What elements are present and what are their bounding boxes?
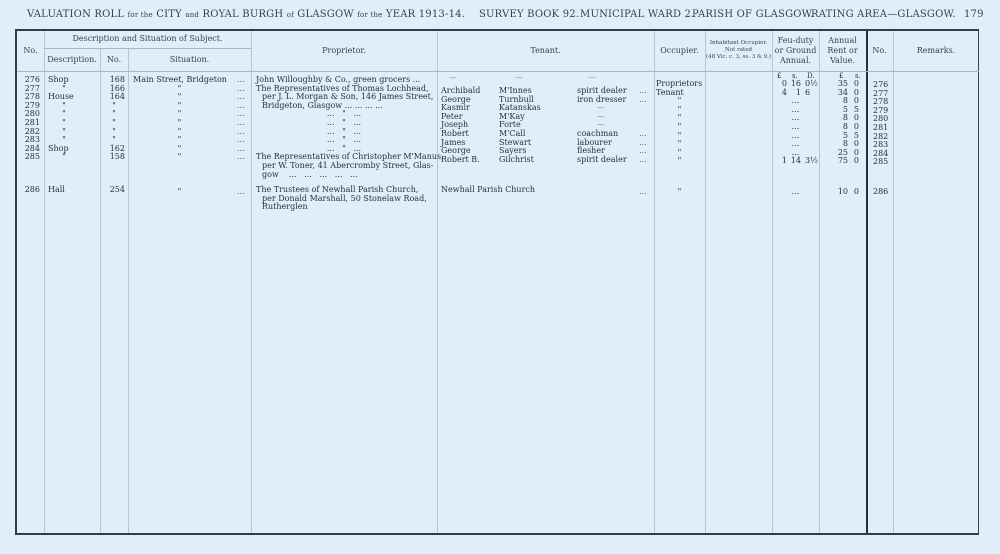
header-inhabitant-occupier: Inhabitant Occupier. Not rated (48 Vic. … — [705, 40, 772, 61]
title-part: ROYAL BURGH — [202, 9, 283, 20]
header-group-rule — [44, 48, 251, 49]
page-number: 179 — [964, 9, 984, 20]
row-no: 286 — [17, 186, 40, 195]
col-divider — [819, 31, 820, 533]
header-line: Annual — [819, 36, 866, 46]
row-number: 158 — [100, 153, 125, 162]
row-no-right: 285 — [873, 158, 888, 167]
col-divider-thick — [866, 31, 868, 533]
title-part: for the — [128, 11, 153, 19]
header-line: (48 Vic. c. 3, ss. 3 & 9.) — [705, 54, 772, 61]
title-part: for the — [357, 11, 382, 19]
tenant-last-dash: — — [515, 74, 523, 83]
title-valuation-roll: VALUATION ROLL for the CITY and ROYAL BU… — [27, 9, 465, 20]
row-tenant-last: Gilchrist — [499, 156, 534, 165]
header-line: Annual. — [772, 56, 819, 66]
title-part: YEAR 1913-14. — [386, 9, 465, 20]
row-rent-shillings: 0 — [849, 188, 859, 197]
title-part: and — [185, 11, 199, 19]
row-feu-pence: 6 — [805, 89, 810, 98]
header-occupier: Occupier. — [654, 46, 705, 56]
header-proprietor: Proprietor. — [251, 46, 437, 56]
header-line: or Ground — [772, 46, 819, 56]
row-proprietor-line3: gow ... ... ... ... ... — [262, 171, 358, 180]
row-proprietor-line3: Bridgeton, Glasgow ... ... ... ... — [262, 102, 383, 111]
header-line: Not rated — [705, 47, 772, 54]
header-line: Value. — [819, 56, 866, 66]
page-title: VALUATION ROLL for the CITY and ROYAL BU… — [0, 9, 1000, 23]
row-rent-pounds: 10 — [822, 188, 848, 197]
valuation-roll-table: No. Description and Situation of Subject… — [15, 29, 979, 535]
row-feu: ... — [772, 188, 819, 197]
row-feu-pence: 3½ — [805, 157, 818, 166]
municipal-ward: MUNICIPAL WARD 2. — [580, 9, 695, 20]
row-feu-shillings: 14 — [787, 157, 801, 166]
header-no-right: No. — [866, 46, 893, 56]
header-number: No. — [100, 55, 128, 65]
row-proprietor-line3: Rutherglen — [262, 203, 308, 212]
header-no: No. — [17, 46, 44, 56]
title-part: CITY — [156, 9, 182, 20]
row-no: 285 — [17, 153, 40, 162]
header-line: Rent or — [819, 46, 866, 56]
row-feu-pounds: 4 — [772, 89, 787, 98]
row-rent-pounds: 75 — [822, 157, 848, 166]
row-description: " — [44, 153, 84, 162]
row-dots: ... — [639, 156, 647, 165]
row-dots: ... — [237, 153, 245, 162]
parish: PARISH OF GLASGOW. — [692, 9, 814, 20]
row-situation: " — [128, 153, 231, 162]
header-situation: Situation. — [128, 55, 251, 65]
header-annual-rent: Annual Rent or Value. — [819, 36, 866, 66]
rating-area: RATING AREA—GLASGOW. — [811, 9, 956, 20]
tenant-first-dash: — — [449, 74, 457, 83]
col-divider — [437, 31, 438, 533]
title-part: of — [287, 11, 294, 19]
title-part: GLASGOW — [297, 9, 354, 20]
row-no-right: 286 — [873, 188, 888, 197]
col-divider — [251, 31, 252, 533]
header-tenant: Tenant. — [437, 46, 654, 56]
row-feu-pounds: 1 — [772, 157, 787, 166]
row-dots: ... — [639, 96, 647, 105]
row-tenant-full: Newhall Parish Church — [441, 186, 535, 195]
row-situation: " — [128, 188, 231, 197]
header-description: Description. — [44, 55, 100, 65]
title-part: VALUATION ROLL — [27, 9, 124, 20]
row-tenant-occupation: spirit dealer — [577, 156, 627, 165]
header-feu-duty: Feu-duty or Ground Annual. — [772, 36, 819, 66]
col-divider — [893, 31, 894, 533]
header-description-group: Description and Situation of Subject. — [44, 34, 251, 44]
survey-book: SURVEY BOOK 92. — [479, 9, 579, 20]
header-line: Inhabitant Occupier. — [705, 40, 772, 47]
row-description: Hall — [48, 186, 65, 195]
header-remarks: Remarks. — [893, 46, 979, 56]
row-description: House — [48, 93, 74, 102]
row-dots: ... — [639, 188, 647, 197]
header-line: Feu-duty — [772, 36, 819, 46]
row-occupier: " — [654, 157, 705, 166]
row-tenant-first: Robert B. — [441, 156, 480, 165]
header-bottom-rule — [17, 71, 979, 72]
row-occupier: " — [654, 188, 705, 197]
col-divider — [705, 31, 706, 533]
row-dots: ... — [237, 188, 245, 197]
row-rent-shillings: 0 — [849, 157, 859, 166]
row-number: 254 — [100, 186, 125, 195]
tenant-occ-dash: — — [588, 74, 596, 83]
